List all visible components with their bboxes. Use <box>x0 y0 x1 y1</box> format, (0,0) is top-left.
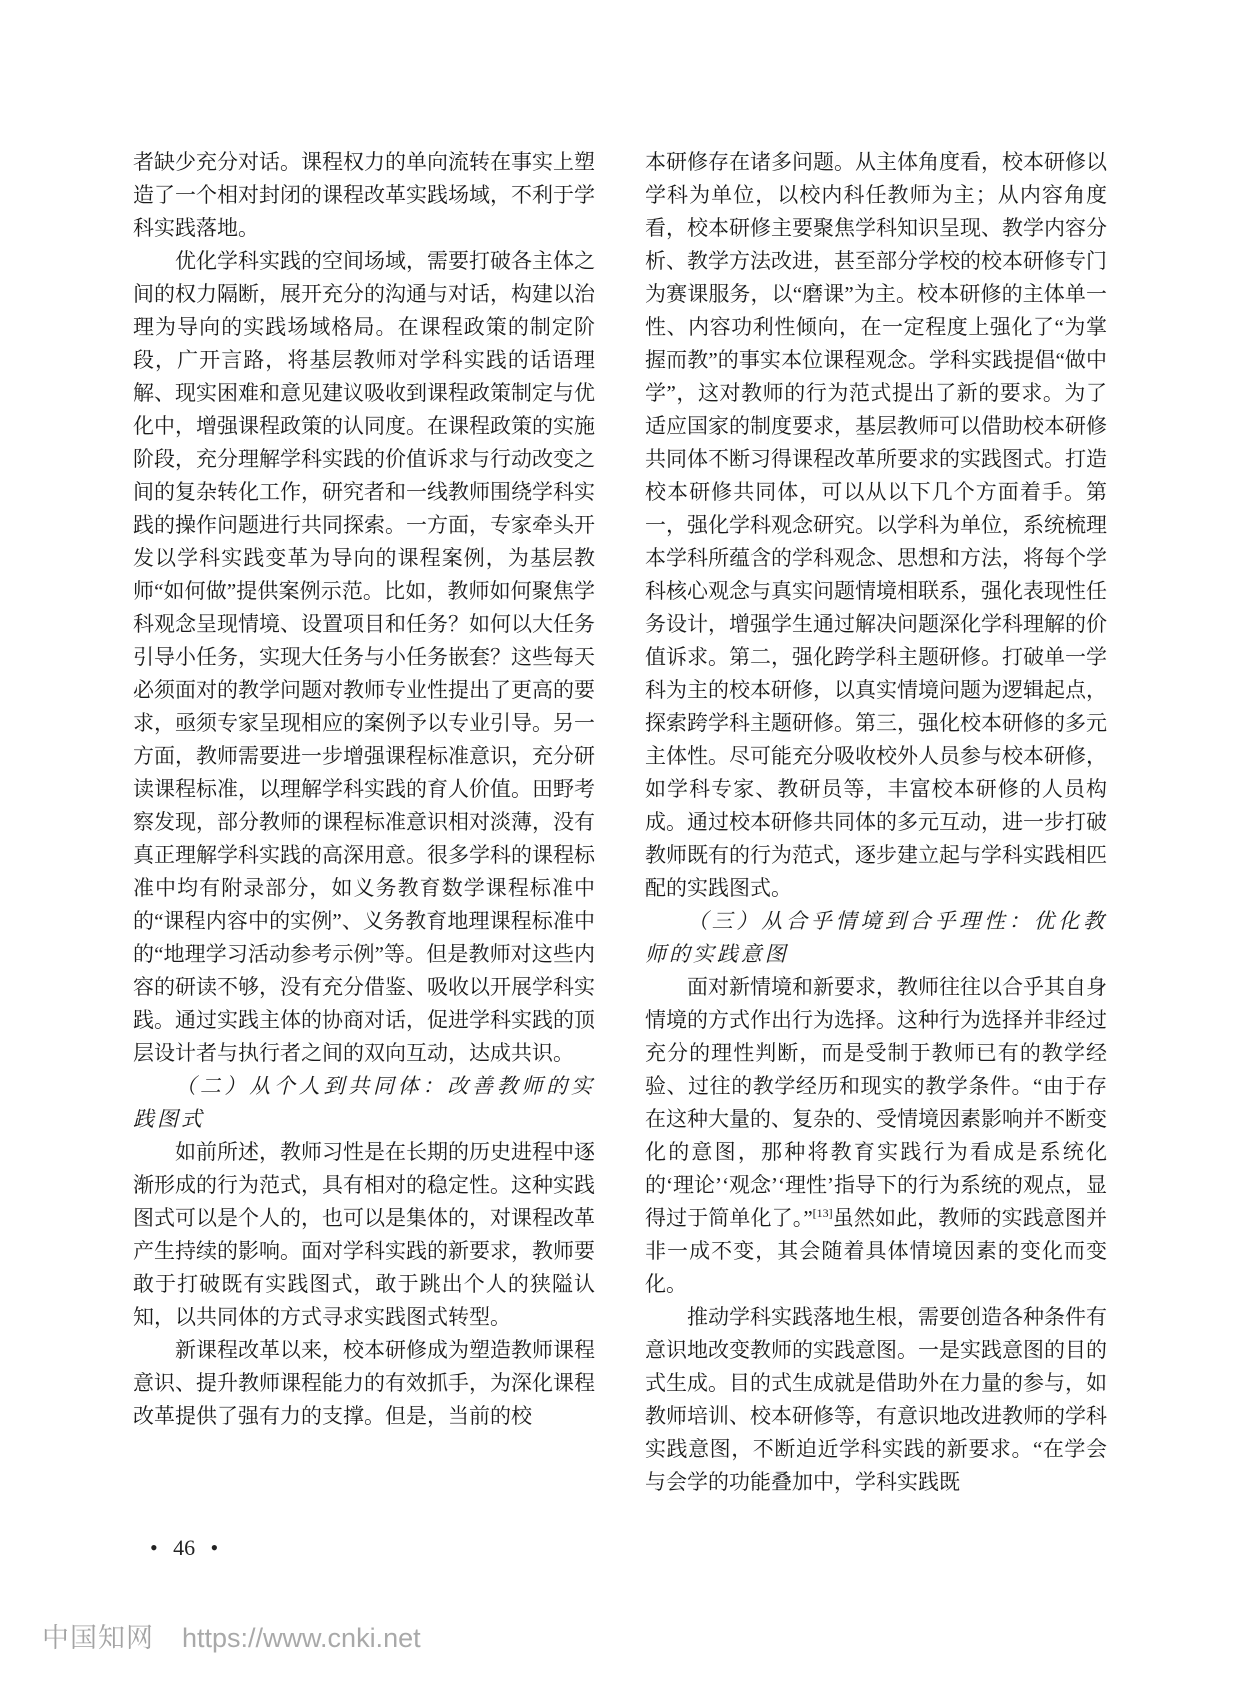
paragraph: 推动学科实践落地生根，需要创造各种条件有意识地改变教师的实践意图。一是实践意图的… <box>645 1301 1107 1499</box>
text-run: （二）从个人到共同体：改善教师的实践图式 <box>133 1074 595 1131</box>
text-run: 本研修存在诸多问题。从主体角度看，校本研修以学科为单位，以校内科任教师为主；从内… <box>645 150 1107 900</box>
paragraph: 本研修存在诸多问题。从主体角度看，校本研修以学科为单位，以校内科任教师为主；从内… <box>645 146 1107 905</box>
citation-ref: [13] <box>813 1206 833 1220</box>
section-heading: （二）从个人到共同体：改善教师的实践图式 <box>133 1070 595 1136</box>
text-run: 面对新情境和新要求，教师往往以合乎其自身情境的方式作出行为选择。这种行为选择并非… <box>645 975 1107 1230</box>
paragraph: 优化学科实践的空间场域，需要打破各主体之间的权力隔断，展开充分的沟通与对话，构建… <box>133 245 595 1070</box>
section-heading: （三）从合乎情境到合乎理性：优化教师的实践意图 <box>645 905 1107 971</box>
text-run: 推动学科实践落地生根，需要创造各种条件有意识地改变教师的实践意图。一是实践意图的… <box>645 1305 1107 1494</box>
text-column-right: 本研修存在诸多问题。从主体角度看，校本研修以学科为单位，以校内科任教师为主；从内… <box>645 146 1107 1499</box>
text-run: 者缺少充分对话。课程权力的单向流转在事实上塑造了一个相对封闭的课程改革实践场域，… <box>133 150 595 240</box>
cnki-url-label: https://www.cnki.net <box>182 1623 421 1654</box>
paragraph: 新课程改革以来，校本研修成为塑造教师课程意识、提升教师课程能力的有效抓手，为深化… <box>133 1334 595 1433</box>
cnki-watermark: 中国知网 https://www.cnki.net <box>42 1616 421 1655</box>
paragraph: 面对新情境和新要求，教师往往以合乎其自身情境的方式作出行为选择。这种行为选择并非… <box>645 971 1107 1301</box>
page-number: • 46 • <box>150 1536 218 1560</box>
document-page: 者缺少充分对话。课程权力的单向流转在事实上塑造了一个相对封闭的课程改革实践场域，… <box>0 0 1240 1683</box>
text-run: （三）从合乎情境到合乎理性：优化教师的实践意图 <box>645 909 1107 966</box>
paragraph: 如前所述，教师习性是在长期的历史进程中逐渐形成的行为范式，具有相对的稳定性。这种… <box>133 1136 595 1334</box>
paragraph: 者缺少充分对话。课程权力的单向流转在事实上塑造了一个相对封闭的课程改革实践场域，… <box>133 146 595 245</box>
page-body: 者缺少充分对话。课程权力的单向流转在事实上塑造了一个相对封闭的课程改革实践场域，… <box>133 146 1107 1499</box>
text-run: 优化学科实践的空间场域，需要打破各主体之间的权力隔断，展开充分的沟通与对话，构建… <box>133 249 595 1065</box>
text-run: 如前所述，教师习性是在长期的历史进程中逐渐形成的行为范式，具有相对的稳定性。这种… <box>133 1140 595 1329</box>
text-column-left: 者缺少充分对话。课程权力的单向流转在事实上塑造了一个相对封闭的课程改革实践场域，… <box>133 146 595 1499</box>
text-run: 新课程改革以来，校本研修成为塑造教师课程意识、提升教师课程能力的有效抓手，为深化… <box>133 1338 595 1428</box>
cnki-brand-label: 中国知网 <box>42 1616 154 1655</box>
